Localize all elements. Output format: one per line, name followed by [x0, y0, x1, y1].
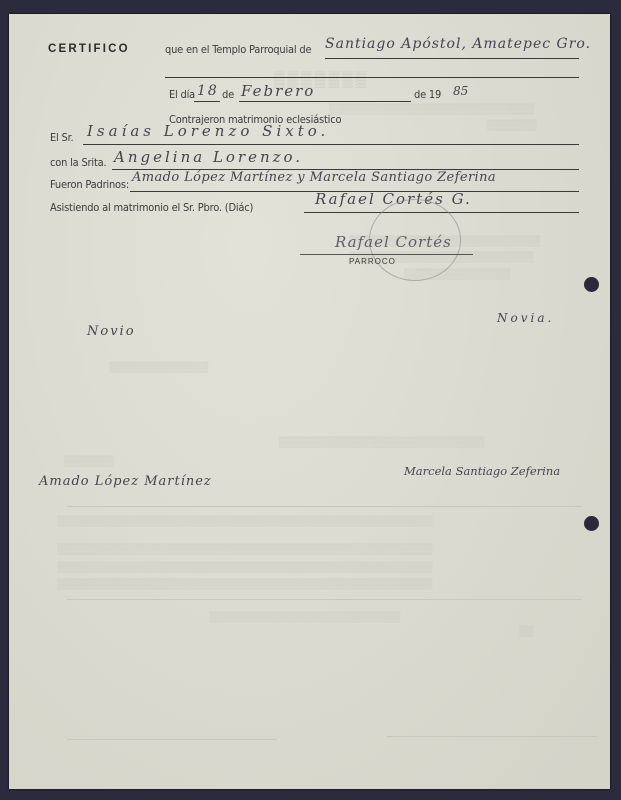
sr-underline: [83, 144, 579, 145]
bleed-through-line: [67, 739, 277, 740]
parroco-underline: [300, 254, 473, 255]
bleed-through-text: ▒▒▒▒▒▒▒▒▒▒▒▒▒▒▒▒▒▒▒▒▒▒▒▒▒▒▒▒▒▒▒▒▒▒▒▒▒▒▒▒…: [57, 516, 433, 527]
anio-label: de 19: [414, 88, 441, 101]
bleed-through-text: ▒▒▒▒▒▒▒▒▒▒▒▒▒▒▒▒▒▒▒▒▒▒▒▒▒▒▒▒▒: [279, 437, 484, 448]
bleed-through-text: ▒▒: [519, 626, 533, 637]
dia-label: El día: [169, 88, 195, 101]
bleed-through-text: ▒▒▒▒▒▒▒: [64, 456, 114, 467]
parroco-label: PARROCO: [349, 257, 396, 266]
templo-label: que en el Templo Parroquial de: [165, 43, 311, 56]
bleed-through-text: ▒▒▒▒▒▒▒▒▒▒▒▒▒▒▒▒▒▒▒▒▒▒▒▒▒▒▒▒▒▒▒▒▒▒▒▒▒▒▒▒…: [57, 579, 433, 590]
certifico-heading: CERTIFICO: [48, 43, 130, 55]
templo-underline-2: [165, 77, 579, 78]
bleed-through-line: [387, 736, 597, 737]
dia-underline: [194, 101, 220, 102]
bleed-through-text: ▒▒▒▒▒▒▒▒▒▒▒▒▒▒▒▒▒▒▒▒▒▒▒▒▒▒▒: [209, 612, 400, 623]
dia-value: 18: [197, 83, 219, 99]
punch-hole-bottom: [584, 516, 599, 531]
bleed-through-text: ▒▒▒▒▒▒▒▒▒▒▒▒▒▒: [109, 362, 208, 373]
bleed-through-text: ▒▒▒▒▒▒▒: [487, 120, 537, 131]
parroco-signature: Rafael Cortés: [335, 233, 452, 251]
mes-underline: [239, 101, 411, 102]
novio-label: Novio: [87, 324, 136, 339]
de-label: de: [222, 88, 234, 101]
srita-label: con la Srita.: [50, 156, 106, 169]
sr-label: El Sr.: [50, 131, 73, 144]
templo-value: Santiago Apóstol, Amatepec Gro.: [325, 36, 591, 52]
anio-value: 85: [453, 84, 468, 98]
padrinos-label: Fueron Padrinos:: [50, 178, 129, 191]
bleed-through-text: ▒▒▒▒▒▒▒▒▒▒▒▒▒▒▒▒▒▒▒▒▒▒▒▒▒▒▒▒▒: [329, 104, 534, 115]
bleed-through-line: [67, 506, 582, 507]
sr-value: Isaías Lorenzo Sixto.: [87, 122, 329, 140]
bleed-through-line: [67, 599, 582, 600]
madrina-signature: Marcela Santiago Zeferina: [404, 464, 560, 478]
novia-label: Novia.: [497, 311, 554, 325]
certificate-page: ▒▒▒▒▒▒▒ ▒▒▒▒▒▒▒▒▒▒▒▒▒▒▒▒▒▒▒▒▒▒▒▒▒▒▒▒▒ ▒▒…: [9, 14, 610, 789]
srita-value: Angelina Lorenzo.: [114, 148, 303, 166]
asistiendo-label: Asistiendo al matrimonio el Sr. Pbro. (D…: [50, 201, 253, 214]
padrino-signature: Amado López Martínez: [39, 474, 212, 489]
bleed-through-text: ▒▒▒▒▒▒▒▒▒▒▒▒▒▒▒▒▒▒▒▒▒▒▒▒▒▒▒▒▒▒▒▒▒▒▒▒▒▒▒▒…: [57, 544, 433, 555]
mes-value: Febrero: [241, 82, 315, 100]
templo-underline: [325, 58, 579, 59]
padrinos-value: Amado López Martínez y Marcela Santiago …: [132, 170, 496, 185]
punch-hole-top: [584, 277, 599, 292]
bleed-through-text: ▒▒▒▒▒▒▒▒▒▒▒▒▒▒▒▒▒▒▒▒▒▒▒▒▒▒▒▒▒▒▒▒▒▒▒▒▒▒▒▒…: [57, 562, 433, 573]
